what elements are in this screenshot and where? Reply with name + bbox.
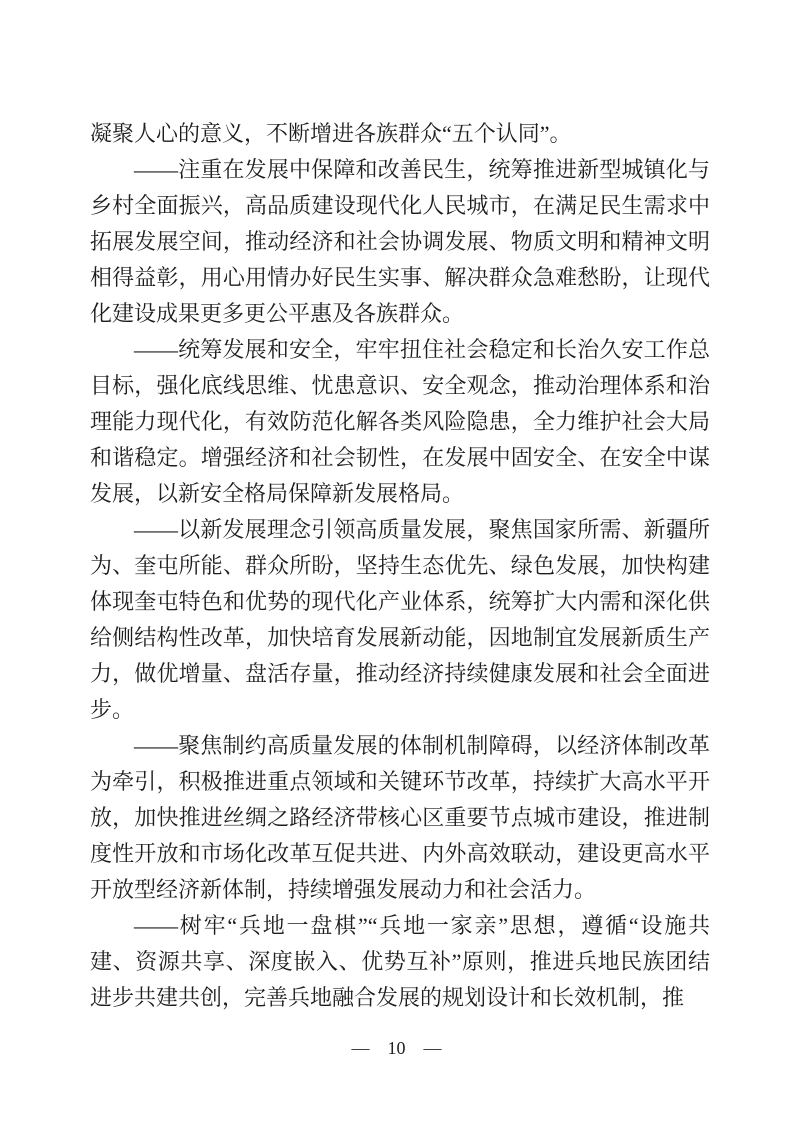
paragraph: ——树牢“兵地一盘棋”“兵地一家亲”思想，遵循“设施共建、资源共享、深度嵌入、优…	[90, 908, 710, 1016]
document-body: 凝聚人心的意义，不断增进各族群众“五个认同”。 ——注重在发展中保障和改善民生，…	[90, 116, 710, 1016]
document-page: 凝聚人心的意义，不断增进各族群众“五个认同”。 ——注重在发展中保障和改善民生，…	[0, 0, 793, 1122]
paragraph: ——统筹发展和安全，牢牢扭住社会稳定和长治久安工作总目标，强化底线思维、忧患意识…	[90, 332, 710, 512]
page-footer: — 10 —	[0, 1036, 793, 1060]
paragraph: ——注重在发展中保障和改善民生，统筹推进新型城镇化与乡村全面振兴，高品质建设现代…	[90, 152, 710, 332]
paragraph: ——聚焦制约高质量发展的体制机制障碍，以经济体制改革为牵引，积极推进重点领域和关…	[90, 728, 710, 908]
paragraph: ——以新发展理念引领高质量发展，聚焦国家所需、新疆所为、奎屯所能、群众所盼，坚持…	[90, 512, 710, 728]
paragraph-continuation: 凝聚人心的意义，不断增进各族群众“五个认同”。	[90, 116, 710, 152]
page-number: — 10 —	[352, 1038, 442, 1058]
